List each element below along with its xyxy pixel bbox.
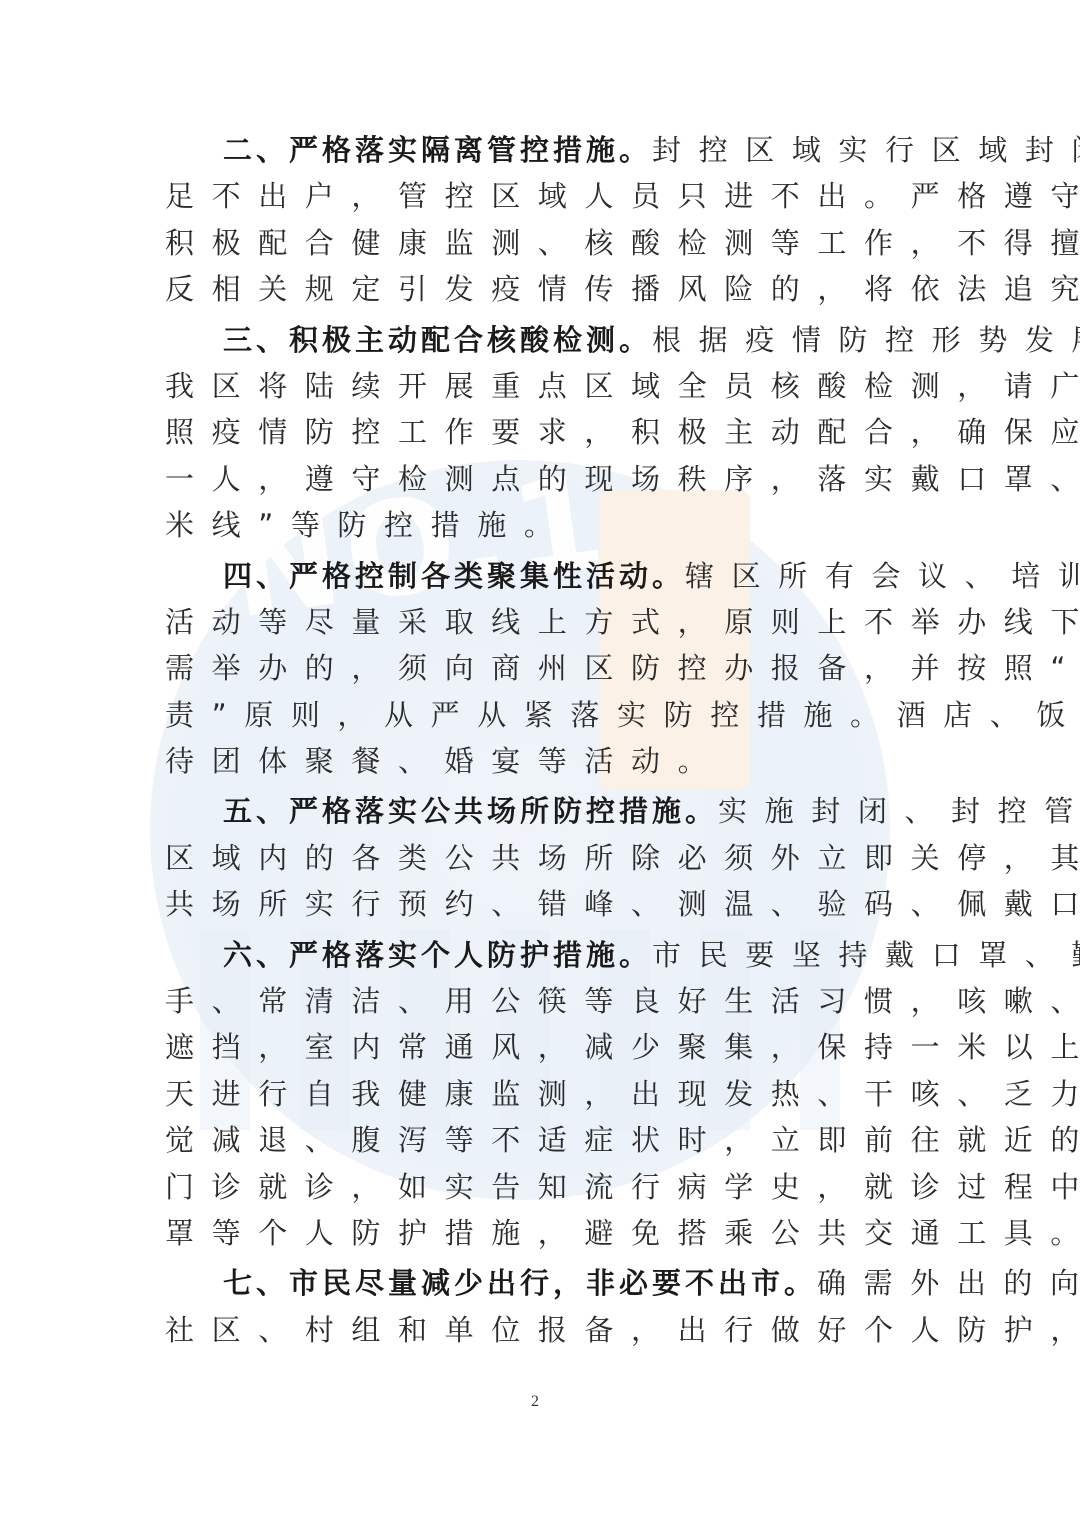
paragraph-text: 实施封闭、封控管理	[718, 794, 1080, 828]
paragraph-line: 罩等个人防护措施，避免搭乘公共交通工具。	[165, 1210, 917, 1256]
paragraph-line: 社区、村组和单位报备，出行做好个人防护，最大程度降低	[165, 1307, 917, 1353]
paragraph-text: 封控区域实行区域封闭、	[652, 133, 1080, 167]
paragraph-line: 活动等尽量采取线上方式，原则上不举办线下大型活动，确	[165, 599, 917, 645]
paragraph-text: 市民要坚持戴口罩、勤洗	[652, 938, 1080, 972]
paragraph-line: 照疫情防控工作要求，积极主动配合，确保应检尽检，不漏	[165, 409, 917, 455]
paragraph-heading: 五、严格落实公共场所防控措施。	[223, 794, 718, 828]
paragraph-line: 觉减退、腹泻等不适症状时，立即前往就近的医疗机构发热	[165, 1117, 917, 1163]
paragraph-heading: 六、严格落实个人防护措施。	[223, 938, 652, 972]
paragraph-text: 辖区所有会议、培训、	[685, 559, 1080, 593]
paragraph-public-places: 五、严格落实公共场所防控措施。实施封闭、封控管理 区域内的各类公共场所除必须外立…	[165, 788, 917, 927]
paragraph-line: 需举办的，须向商州区防控办报备，并按照“谁主办、谁负	[165, 645, 917, 691]
paragraph-gathering-control: 四、严格控制各类聚集性活动。辖区所有会议、培训、 活动等尽量采取线上方式，原则上…	[165, 553, 917, 785]
paragraph-line: 天进行自我健康监测，出现发热、干咳、乏力、咽痛、嗅（味）	[165, 1071, 917, 1117]
paragraph-heading: 七、市民尽量减少出行，非必要不出市。	[223, 1266, 817, 1300]
paragraph-heading: 四、严格控制各类聚集性活动。	[223, 559, 685, 593]
paragraph-isolation-control: 二、严格落实隔离管控措施。封控区域实行区域封闭、 足不出户，管控区域人员只进不出…	[165, 127, 917, 313]
paragraph-reduce-travel: 七、市民尽量减少出行，非必要不出市。确需外出的向 社区、村组和单位报备，出行做好…	[165, 1260, 917, 1353]
paragraph-line: 反相关规定引发疫情传播风险的，将依法追究法律责任。	[165, 266, 917, 312]
paragraph-line: 手、常清洁、用公筷等良好生活习惯，咳嗽、打喷嚏时注意	[165, 978, 917, 1024]
paragraph-line: 我区将陆续开展重点区域全员核酸检测，请广大市民群众按	[165, 363, 917, 409]
paragraph-line: 共场所实行预约、错峰、测温、验码、佩戴口罩等防控措施。	[165, 881, 917, 927]
paragraph-text: 确需外出的向	[817, 1266, 1080, 1300]
paragraph-text: 根据疫情防控形势发展，	[652, 323, 1080, 357]
paragraph-line: 一人，遵守检测点的现场秩序，落实戴口罩、扫码测温、“一	[165, 456, 917, 502]
paragraph-personal-protection: 六、严格落实个人防护措施。市民要坚持戴口罩、勤洗 手、常清洁、用公筷等良好生活习…	[165, 932, 917, 1257]
paragraph-nucleic-acid-testing: 三、积极主动配合核酸检测。根据疫情防控形势发展， 我区将陆续开展重点区域全员核酸…	[165, 317, 917, 549]
paragraph-line: 积极配合健康监测、核酸检测等工作，不得擅自外出，如违	[165, 220, 917, 266]
paragraph-line: 米线”等防控措施。	[165, 502, 917, 548]
document-body: 二、严格落实隔离管控措施。封控区域实行区域封闭、 足不出户，管控区域人员只进不出…	[165, 127, 917, 1357]
paragraph-line: 门诊就诊，如实告知流行病学史，就诊过程中要做好佩戴口	[165, 1164, 917, 1210]
paragraph-heading: 三、积极主动配合核酸检测。	[223, 323, 652, 357]
paragraph-line: 区域内的各类公共场所除必须外立即关停，其他区域室内公	[165, 835, 917, 881]
paragraph-line: 责”原则，从严从紧落实防控措施。酒店、饭店一律暂停接	[165, 692, 917, 738]
paragraph-heading: 二、严格落实隔离管控措施。	[223, 133, 652, 167]
paragraph-line: 足不出户，管控区域人员只进不出。严格遵守各项管控要求，	[165, 173, 917, 219]
paragraph-line: 遮挡，室内常通风，减少聚集，保持一米以上社交距离。每	[165, 1024, 917, 1070]
page-number: 2	[531, 1393, 539, 1411]
paragraph-line: 待团体聚餐、婚宴等活动。	[165, 738, 917, 784]
